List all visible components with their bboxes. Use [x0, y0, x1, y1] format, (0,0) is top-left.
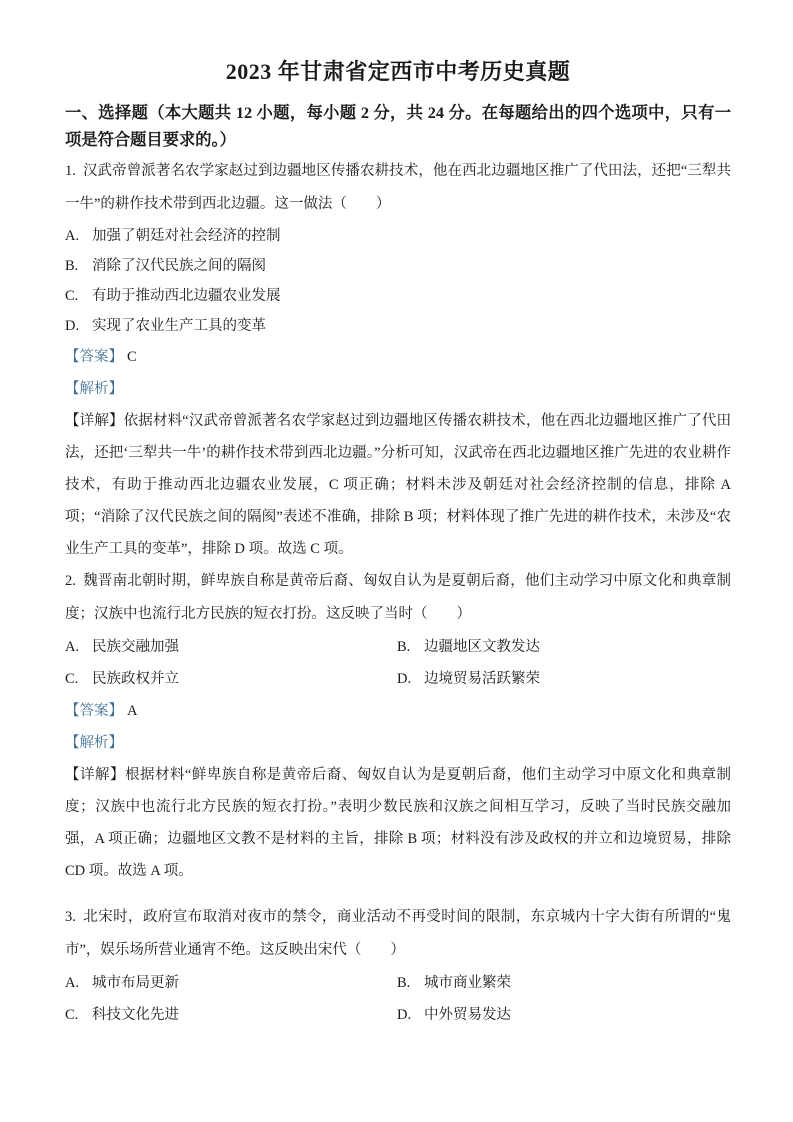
- question-2: 2.魏晋南北朝时期，鲜卑族自称是黄帝后裔、匈奴自认为是夏朝后裔，他们主动学习中原…: [65, 565, 731, 887]
- option-label: D.: [65, 311, 92, 341]
- option-label: C.: [65, 281, 92, 311]
- option-label: A.: [65, 221, 92, 251]
- option-text: 中外贸易发达: [424, 1007, 511, 1023]
- option-text: 民族交融加强: [92, 639, 179, 655]
- option-d: D.中外贸易发达: [397, 999, 731, 1031]
- question-number: 3.: [65, 909, 76, 925]
- options-list: A.加强了朝廷对社会经济的控制 B.消除了汉代民族之间的隔阂 C.有助于推动西北…: [65, 221, 731, 341]
- option-text: 加强了朝廷对社会经济的控制: [92, 228, 281, 244]
- option-text: 民族政权并立: [92, 671, 179, 687]
- option-c: C.科技文化先进: [65, 999, 397, 1031]
- analysis-label: 【解析】: [65, 381, 123, 397]
- option-text: 城市商业繁荣: [424, 975, 511, 991]
- question-stem: 3.北宋时，政府宣布取消对夜市的禁令，商业活动不再受时间的限制，东京城内十字大街…: [65, 901, 731, 967]
- analysis-row: 【解析】: [65, 727, 731, 759]
- page-title: 2023 年甘肃省定西市中考历史真题: [65, 57, 731, 87]
- options-list: A.城市布局更新 B.城市商业繁荣 C.科技文化先进 D.中外贸易发达: [65, 967, 731, 1031]
- option-a: A.城市布局更新: [65, 967, 397, 999]
- option-text: 消除了汉代民族之间的隔阂: [92, 258, 266, 274]
- answer-row: 【答案】A: [65, 695, 731, 727]
- detail-paragraph: 【详解】依据材料“汉武帝曾派著名农学家赵过到边疆地区传播农耕技术，他在西北边疆地…: [65, 405, 731, 565]
- answer-value: C: [127, 349, 137, 365]
- analysis-row: 【解析】: [65, 373, 731, 405]
- analysis-label: 【解析】: [65, 735, 123, 751]
- answer-label: 【答案】: [65, 703, 123, 719]
- option-label: B.: [65, 251, 92, 281]
- option-a: A.民族交融加强: [65, 631, 397, 663]
- question-stem: 2.魏晋南北朝时期，鲜卑族自称是黄帝后裔、匈奴自认为是夏朝后裔，他们主动学习中原…: [65, 565, 731, 631]
- option-d: D.边境贸易活跃繁荣: [397, 663, 731, 695]
- option-text: 有助于推动西北边疆农业发展: [92, 288, 281, 304]
- option-text: 边境贸易活跃繁荣: [424, 671, 540, 687]
- option-b: B.边疆地区文教发达: [397, 631, 731, 663]
- option-label: B.: [397, 631, 424, 663]
- option-text: 实现了农业生产工具的变革: [92, 318, 266, 334]
- exam-document-page: 2023 年甘肃省定西市中考历史真题 一、选择题（本大题共 12 小题，每小题 …: [0, 0, 793, 1122]
- question-stem: 1.汉武帝曾派著名农学家赵过到边疆地区传播农耕技术，他在西北边疆地区推广了代田法…: [65, 155, 731, 221]
- question-text: 北宋时，政府宣布取消对夜市的禁令，商业活动不再受时间的限制，东京城内十字大街有所…: [65, 909, 731, 958]
- option-label: D.: [397, 999, 424, 1031]
- detail-paragraph: 【详解】根据材料“鲜卑族自称是黄帝后裔、匈奴自认为是夏朝后裔，他们主动学习中原文…: [65, 759, 731, 887]
- question-number: 1.: [65, 163, 76, 179]
- option-text: 边疆地区文教发达: [424, 639, 540, 655]
- detail-label: 【详解】: [65, 413, 124, 429]
- question-3: 3.北宋时，政府宣布取消对夜市的禁令，商业活动不再受时间的限制，东京城内十字大街…: [65, 901, 731, 1031]
- option-d: D.实现了农业生产工具的变革: [65, 311, 731, 341]
- option-label: C.: [65, 999, 92, 1031]
- option-label: C.: [65, 663, 92, 695]
- option-label: A.: [65, 631, 92, 663]
- option-text: 城市布局更新: [92, 975, 179, 991]
- option-c: C.有助于推动西北边疆农业发展: [65, 281, 731, 311]
- question-text: 魏晋南北朝时期，鲜卑族自称是黄帝后裔、匈奴自认为是夏朝后裔，他们主动学习中原文化…: [65, 573, 731, 622]
- option-c: C.民族政权并立: [65, 663, 397, 695]
- section-header: 一、选择题（本大题共 12 小题，每小题 2 分，共 24 分。在每题给出的四个…: [65, 99, 731, 153]
- answer-row: 【答案】C: [65, 341, 731, 373]
- detail-text: 根据材料“鲜卑族自称是黄帝后裔、匈奴自认为是夏朝后裔，他们主动学习中原文化和典章…: [65, 767, 731, 879]
- question-number: 2.: [65, 573, 76, 589]
- question-text: 汉武帝曾派著名农学家赵过到边疆地区传播农耕技术，他在西北边疆地区推广了代田法，还…: [65, 163, 731, 212]
- option-label: B.: [397, 967, 424, 999]
- options-list: A.民族交融加强 B.边疆地区文教发达 C.民族政权并立 D.边境贸易活跃繁荣: [65, 631, 731, 695]
- option-b: B.消除了汉代民族之间的隔阂: [65, 251, 731, 281]
- answer-label: 【答案】: [65, 349, 123, 365]
- option-b: B.城市商业繁荣: [397, 967, 731, 999]
- detail-label: 【详解】: [65, 767, 125, 783]
- option-label: A.: [65, 967, 92, 999]
- answer-value: A: [127, 703, 137, 719]
- option-label: D.: [397, 663, 424, 695]
- question-1: 1.汉武帝曾派著名农学家赵过到边疆地区传播农耕技术，他在西北边疆地区推广了代田法…: [65, 155, 731, 565]
- detail-text: 依据材料“汉武帝曾派著名农学家赵过到边疆地区传播农耕技术，他在西北边疆地区推广了…: [65, 413, 731, 557]
- option-a: A.加强了朝廷对社会经济的控制: [65, 221, 731, 251]
- option-text: 科技文化先进: [92, 1007, 179, 1023]
